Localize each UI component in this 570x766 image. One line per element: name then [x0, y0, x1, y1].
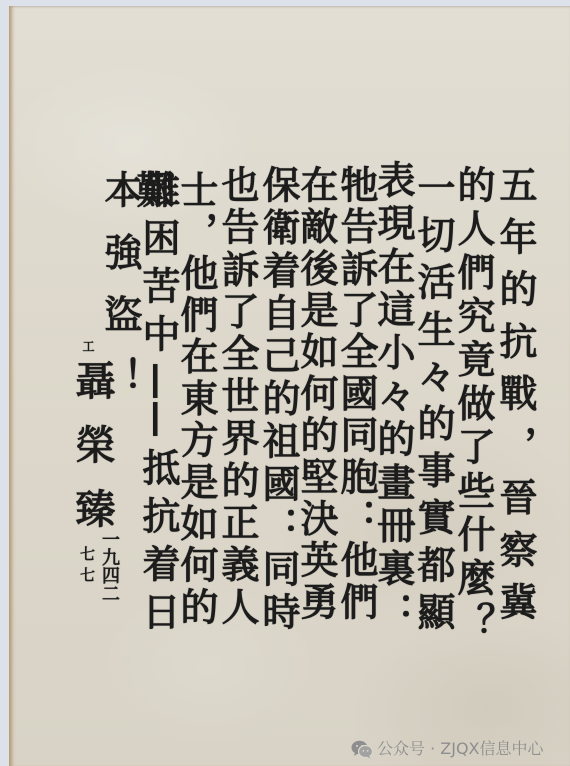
calligraphy-column-7: 保衛着自己的祖國：同時 [256, 165, 300, 630]
calligraphy-column-8: 也告訴了全世界的正義人 [215, 165, 259, 625]
calligraphy-column-3: 一切活生々的事實都顯 [411, 168, 455, 630]
watermark-text: 公众号 · ZJQX信息中心 [377, 739, 544, 759]
signature-name: 聶榮臻 [69, 360, 115, 528]
calligraphy-column-5: 牠告訴了全國同胞：他們 [334, 165, 378, 620]
signature-date-day: 七七 [78, 546, 96, 582]
signature-mark: 工 [81, 338, 95, 354]
calligraphy-column-2: 的人們究竟做了些什麼？ [451, 165, 495, 640]
watermark: 公众号 · ZJQX信息中心 [351, 739, 544, 759]
wechat-icon [351, 740, 373, 759]
signature-date-year: 一九四二 [98, 530, 120, 602]
calligraphy-column-1: 五年的抗戰，晉察冀 [493, 165, 537, 620]
